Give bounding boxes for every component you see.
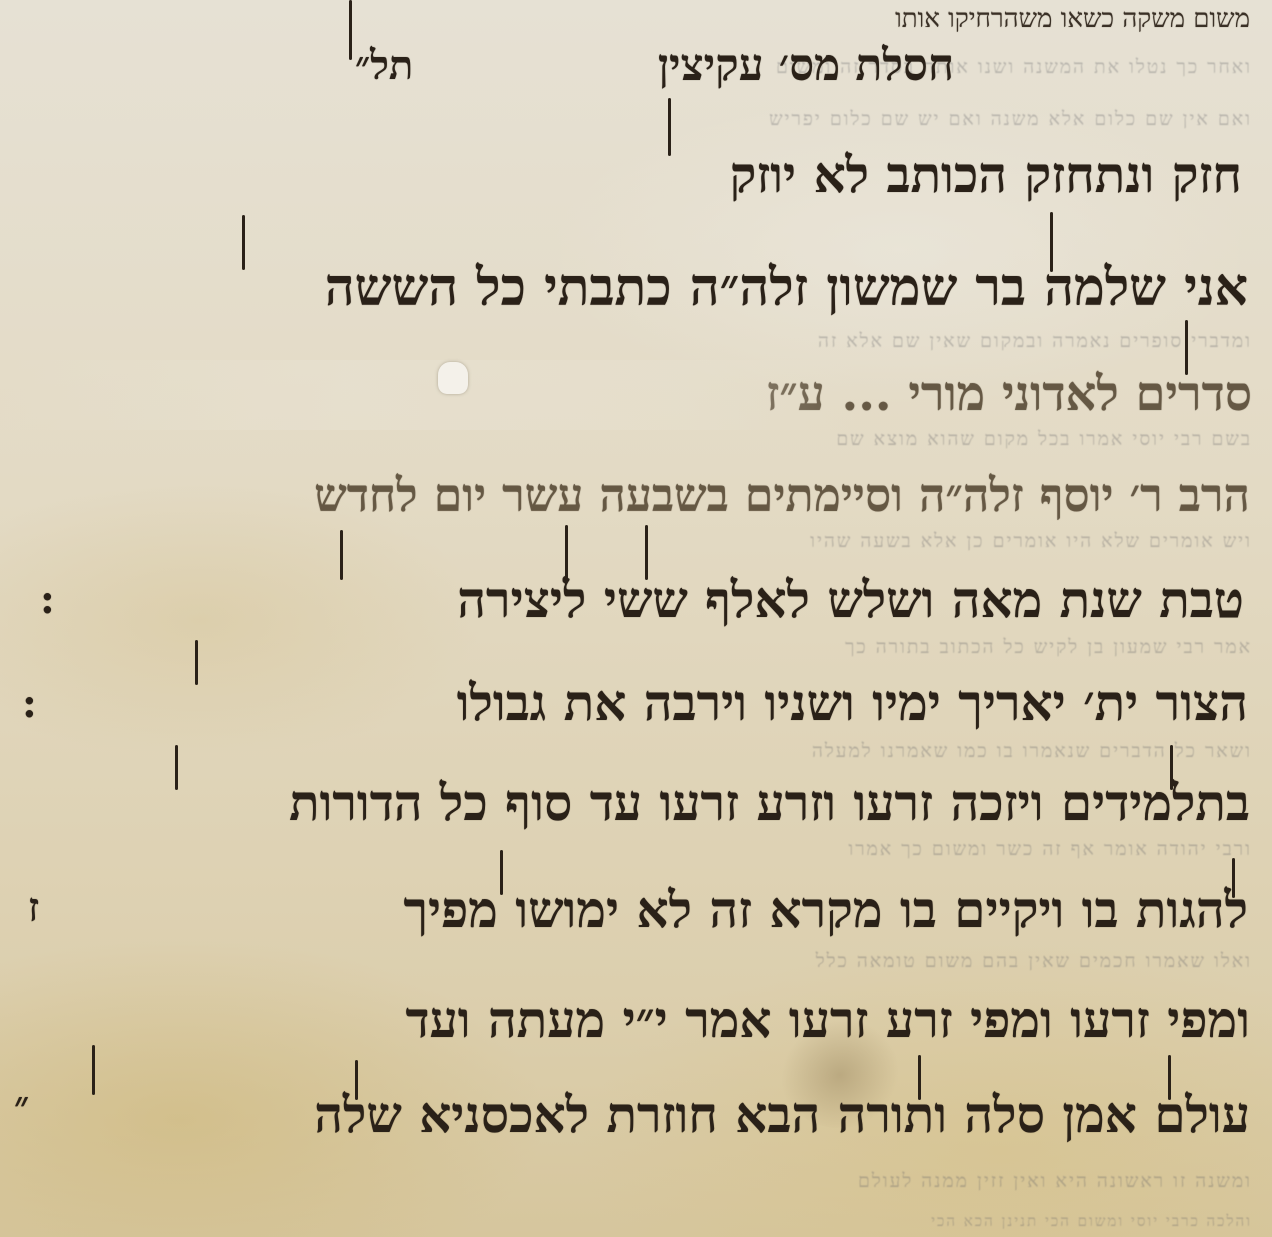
lamed-ascender — [355, 1060, 358, 1100]
colophon-line-10: עולם אמן סלה ותורה הבא חוזרת לאכסניא שלה — [314, 1090, 1250, 1140]
colophon-line-4: הרב ר׳ יוסף זלה״ה וסיימתים בשבעה עשר יום… — [314, 472, 1250, 518]
lamed-ascender — [500, 850, 503, 895]
lamed-ascender — [1050, 212, 1053, 272]
colophon-line-7: בתלמידים ויזכה זרעו וזרע זרעו עד סוף כל … — [289, 778, 1250, 828]
colophon-line-9: ומפי זרעו ומפי זרע זרעו אמר י״י מעתה ועד — [405, 995, 1250, 1045]
lamed-ascender — [349, 0, 352, 60]
lamed-ascender — [645, 525, 648, 580]
lamed-ascender — [1232, 858, 1235, 898]
colophon-line-6: הצור ית׳ יאריך ימיו ושניו וירבה את גבולו — [457, 678, 1248, 728]
tractate-title: חסלת מס׳ עקיצין — [658, 44, 954, 88]
lamed-ascender — [1185, 320, 1188, 375]
colophon-line-8: להגות בו ויקיים בו מקרא זה לא ימושו מפיך — [403, 885, 1248, 935]
lamed-ascender — [668, 98, 671, 156]
show-through-line: בשם רבי יוסי אמרו בכל מקום שהוא מוצא שם — [20, 428, 1252, 451]
title-note: תל״ — [355, 46, 413, 86]
lamed-ascender — [175, 745, 178, 790]
line-end-mark: : — [40, 580, 55, 620]
show-through-line: והלכה כרבי יוסי ומשום הכי תנינן הכא הכי — [20, 1212, 1252, 1231]
show-through-line: ואלו שאמרו חכמים שאין בהם משום טומאה כלל — [20, 950, 1252, 973]
lamed-ascender — [565, 525, 568, 580]
lamed-ascender — [92, 1045, 95, 1095]
lamed-ascender — [195, 640, 198, 685]
show-through-line: ושאר כל הדברים שנאמרו בו כמו שאמרנו למעל… — [20, 740, 1252, 763]
lamed-ascender — [918, 1055, 921, 1100]
lamed-ascender — [1168, 1055, 1171, 1100]
colophon-line-5: טבת שנת מאה ושלש לאלף ששי ליצירה — [457, 575, 1244, 625]
show-through-line: אמר רבי שמעון בן לקיש כל הכתוב בתורה כך — [20, 636, 1252, 659]
colophon-line-1: חזק ונתחזק הכותב לא יוזק — [730, 150, 1242, 200]
line-end-mark: : — [22, 684, 37, 724]
header-fragment: משום משקה כשאו משהרחיקו אותו — [895, 6, 1250, 32]
line-end-mark: ״ — [14, 1086, 29, 1126]
lamed-ascender — [340, 530, 343, 580]
erased-text-area — [0, 360, 860, 430]
show-through-line: ויש אומרים שלא היו אומרים כן אלא בשעה שה… — [20, 530, 1252, 553]
lamed-ascender — [242, 215, 245, 270]
show-through-line: ורבי יהודה אומר אף זה כשר ומשום כך אמרו — [20, 838, 1252, 861]
parchment-hole — [438, 362, 468, 394]
colophon-line-2: אני שלמה בר שמשון זלה״ה כתבתי כל הששה — [325, 262, 1248, 314]
show-through-line: ואחר כך נטלו את המשנה ושנו אותה בסדר זה … — [20, 56, 1252, 79]
line-end-mark: ז — [28, 888, 39, 928]
show-through-line: ומדברי סופרים נאמרה ובמקום שאין שם אלא ז… — [20, 330, 1252, 353]
show-through-line: ומשנה זו ראשונה היא ואין זזין ממנה לעולם — [20, 1170, 1252, 1193]
show-through-line: ואם אין שם כלום אלא משנה ואם יש שם כלום … — [20, 108, 1252, 131]
lamed-ascender — [1170, 745, 1173, 790]
